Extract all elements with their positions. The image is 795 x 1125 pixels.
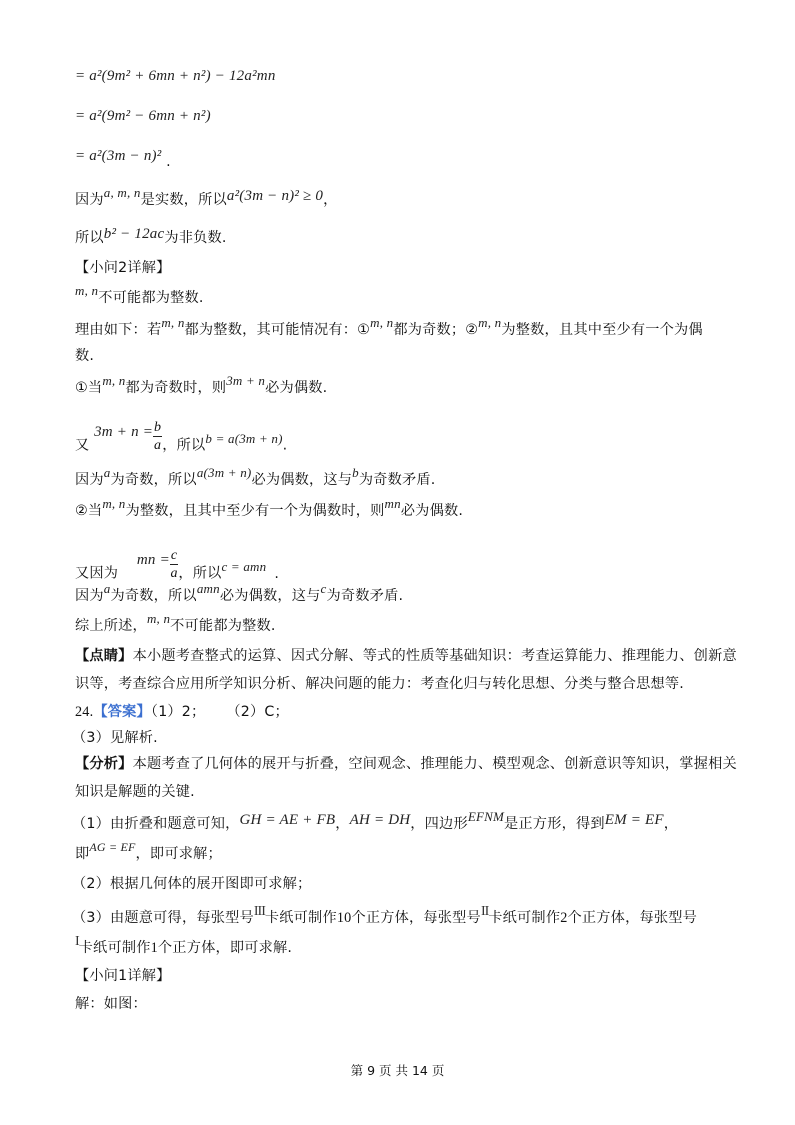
math-variables: m, n [102,373,125,388]
text: 本小题考查整式的运算、因式分解、等式的性质等基础知识：考查运算能力、推理能力、创… [133,648,737,664]
text: 综上所述， [75,618,147,634]
text: ②当 [75,503,102,519]
math-variables: m, n [147,611,170,626]
math-variable: a [104,581,111,596]
text: 为奇数矛盾. [327,588,404,604]
text: （3）由题意可得，每张型号 [72,910,254,926]
analysis-line-1: 【分析】本题考查了几何体的展开与折叠，空间观念、推理能力、模型观念、创新意识等知… [75,754,737,774]
text: 即 [75,846,89,862]
text: 为奇数，所以 [110,588,196,604]
text: ，即可求解； [136,846,222,862]
math-inequality: a²(3m − n)² ≥ 0 [227,188,323,204]
text: 为奇数，所以 [110,472,196,488]
math-variables: a, m, n [104,185,141,200]
reason-line-2: 所以b² − 12ac为非负数. [75,228,227,248]
text: ， [323,192,337,208]
text: 卡纸可制作 [488,910,560,926]
reason-line-1: 因为a, m, n是实数，所以a²(3m − n)² ≥ 0， [75,190,337,210]
step-1-line-2: 即AG = EF，即可求解； [75,844,222,864]
subquestion-2-heading: 【小问2详解】 [75,258,171,278]
document-page: = a²(9m² + 6mn + n²) − 12a²mn = a²(9m² −… [0,0,795,1125]
text: 个正方体，每张型号 [568,910,698,926]
math-variables: m, n [370,315,393,330]
math-variable: b [352,465,359,480]
derivation-line-3-expr: = a²(3m − n)² [75,148,161,164]
math-equation: 3m + n = [94,424,153,440]
text: ①当 [75,380,102,396]
case-2-line: ②当m, n为整数，且其中至少有一个为偶数时，则mn必为偶数. [75,501,463,521]
math-equation: EM = EF [605,812,664,828]
math-equation: AG = EF [89,840,135,854]
question-number: 24. [75,704,93,720]
math-variables: m, n [75,283,98,298]
text: 为非负数. [164,230,226,246]
text: 又因为 [75,566,118,582]
comment-line-2: 识等，考查综合应用所学知识分析、解决问题的能力：考查化归与转化思想、分类与整合思… [75,674,684,694]
numerator: c [170,548,178,565]
text: 卡纸可制作 [79,940,151,956]
math-expression: 3m + n [226,373,265,388]
q24-answer-part-3: （3）见解析. [72,728,158,748]
claim-line: m, n不可能都为整数. [75,288,204,308]
conclusion-line: 综上所述，m, n不可能都为整数. [75,616,276,636]
math-variable: c [321,581,327,596]
contradiction-line-2: 因为a为奇数，所以amn必为偶数，这与c为奇数矛盾. [75,586,403,606]
case-1-line: ①当m, n都为奇数时，则3m + n必为偶数. [75,378,327,398]
text: ，四边形 [410,816,468,832]
denominator: a [170,565,178,583]
count: 2 [560,910,567,926]
text: ， [335,816,349,832]
derivation-line-3: = a²(3m − n)² . [75,146,171,166]
text: 都为整数，其可能情况有：① [185,322,371,338]
text: 不可能都为整数. [98,290,203,306]
answer-tag: 【答案】 [93,704,151,720]
text: 都为奇数；② [393,322,478,338]
text: （1）由折叠和题意可知， [72,816,240,832]
math-shape-name: EFNM [468,809,504,824]
text: ，所以 [178,566,221,582]
text: 理由如下：若 [75,322,161,338]
text: 本题考查了几何体的展开与折叠，空间观念、推理能力、模型观念、创新意识等知识，掌握… [133,756,737,772]
subquestion-1-heading: 【小问1详解】 [75,966,171,986]
text: 个正方体，每张型号 [351,910,481,926]
math-expression: a(3m + n) [197,465,252,480]
math-equation: GH = AE + FB [240,812,336,828]
step-1-line: （1）由折叠和题意可知，GH = AE + FB，AH = DH，四边形EFNM… [72,814,678,834]
denominator: a [153,437,162,455]
count: 10 [337,910,352,926]
math-equation: b = a(3m + n) [205,431,282,446]
math-equation: c = amn [222,559,267,574]
text: 为整数，且其中至少有一个为偶 [501,322,702,338]
math-expression: mn [385,496,401,511]
comment-line-1: 【点睛】本小题考查整式的运算、因式分解、等式的性质等基础知识：考查运算能力、推理… [75,646,737,666]
math-variables: m, n [161,315,184,330]
answer-part-1: （1）2； [151,704,206,720]
text: 因为 [75,192,104,208]
text: 因为 [75,472,104,488]
q24-answer-line: 24.【答案】（1）2；（2）C； [75,702,289,722]
text: 卡纸可制作 [265,910,337,926]
text: 都为奇数时，则 [126,380,227,396]
step-3-line-2: I卡纸可制作1个正方体，即可求解. [75,938,292,959]
text: 必为偶数，这与 [251,472,352,488]
solution-start: 解：如图： [75,994,147,1014]
text: 必为偶数. [265,380,327,396]
roman-numeral-2: II [481,904,488,919]
math-discriminant: b² − 12ac [104,226,165,242]
math-variables: m, n [102,496,125,511]
numerator: b [153,420,162,437]
step-2-line: （2）根据几何体的展开图即可求解； [72,874,311,894]
period: . [166,154,171,170]
explain-line-1: 理由如下：若m, n都为整数，其可能情况有：①m, n都为奇数；②m, n为整数… [75,320,703,340]
page-footer: 第 9 页 共 14 页 [0,1062,795,1080]
analysis-tag: 【分析】 [75,756,133,772]
math-expression: amn [197,581,220,596]
roman-numeral-3: III [254,904,265,919]
text: . [274,566,279,582]
text: 所以 [75,230,104,246]
text: 又 [75,438,89,454]
math-variable: a [104,465,111,480]
contradiction-line-1: 因为a为奇数，所以a(3m + n)必为偶数，这与b为奇数矛盾. [75,470,436,490]
text: 个正方体，即可求解. [158,940,292,956]
text: 必为偶数，这与 [220,588,321,604]
text: . [283,438,288,454]
answer-part-2: （2）C； [233,704,288,720]
text: 为整数，且其中至少有一个为偶数时，则 [126,503,385,519]
text: 不可能都为整数. [170,618,275,634]
count: 1 [151,940,158,956]
derivation-line-2: = a²(9m² − 6mn + n²) [75,106,211,126]
fraction-c-over-a: ca [170,548,178,583]
step-3-line: （3）由题意可得，每张型号III卡纸可制作10个正方体，每张型号II卡纸可制作2… [72,908,697,929]
text: 是正方形，得到 [504,816,605,832]
comment-tag: 【点睛】 [75,648,133,664]
text: ，所以 [162,438,205,454]
analysis-line-2: 知识是解题的关键. [75,782,195,802]
explain-line-2: 数. [75,346,94,366]
text: 必为偶数. [401,503,463,519]
derivation-line-1: = a²(9m² + 6mn + n²) − 12a²mn [75,66,276,86]
math-variables: m, n [478,315,501,330]
roman-numeral-1: I [75,934,79,949]
text: ， [664,816,678,832]
text: 因为 [75,588,104,604]
text: 为奇数矛盾. [359,472,436,488]
math-equation: mn = [137,552,170,568]
math-equation: AH = DH [350,812,411,828]
also-line-1: 又 3m + n =ba，所以b = a(3m + n). [75,428,287,463]
text: 是实数，所以 [141,192,227,208]
fraction-b-over-a: ba [153,420,162,455]
